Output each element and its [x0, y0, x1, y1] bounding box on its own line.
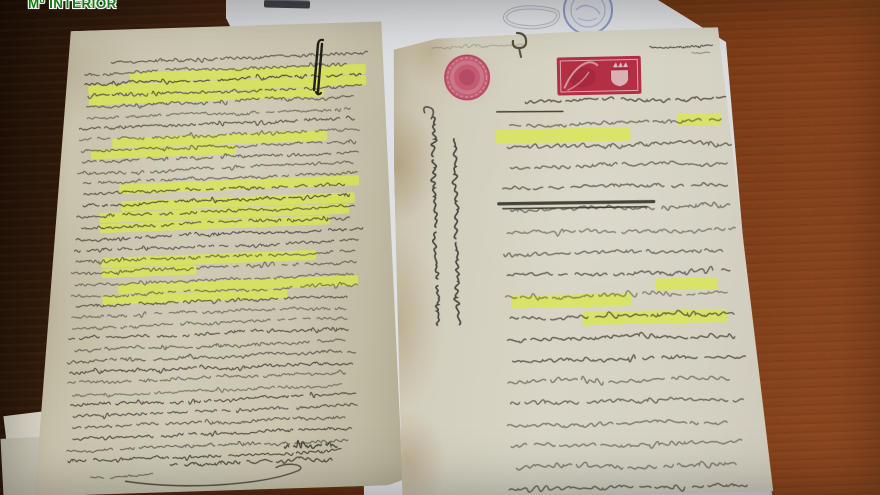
stamp-small-print	[649, 45, 712, 55]
ministry-watermark: Mº INTERIOR	[28, 0, 117, 11]
red-fiscal-stamp	[557, 56, 642, 96]
vertical-margin-annotation	[424, 106, 461, 325]
left-manuscript	[13, 19, 403, 495]
left-doc-signature	[89, 439, 339, 490]
red-wax-seal	[444, 54, 491, 101]
right-document	[391, 26, 781, 495]
right-doc-underlines	[497, 109, 654, 210]
photo-scene: Mº INTERIOR	[0, 0, 880, 495]
envelope-label-sticker	[264, 0, 310, 9]
seal-top-note	[431, 43, 525, 49]
